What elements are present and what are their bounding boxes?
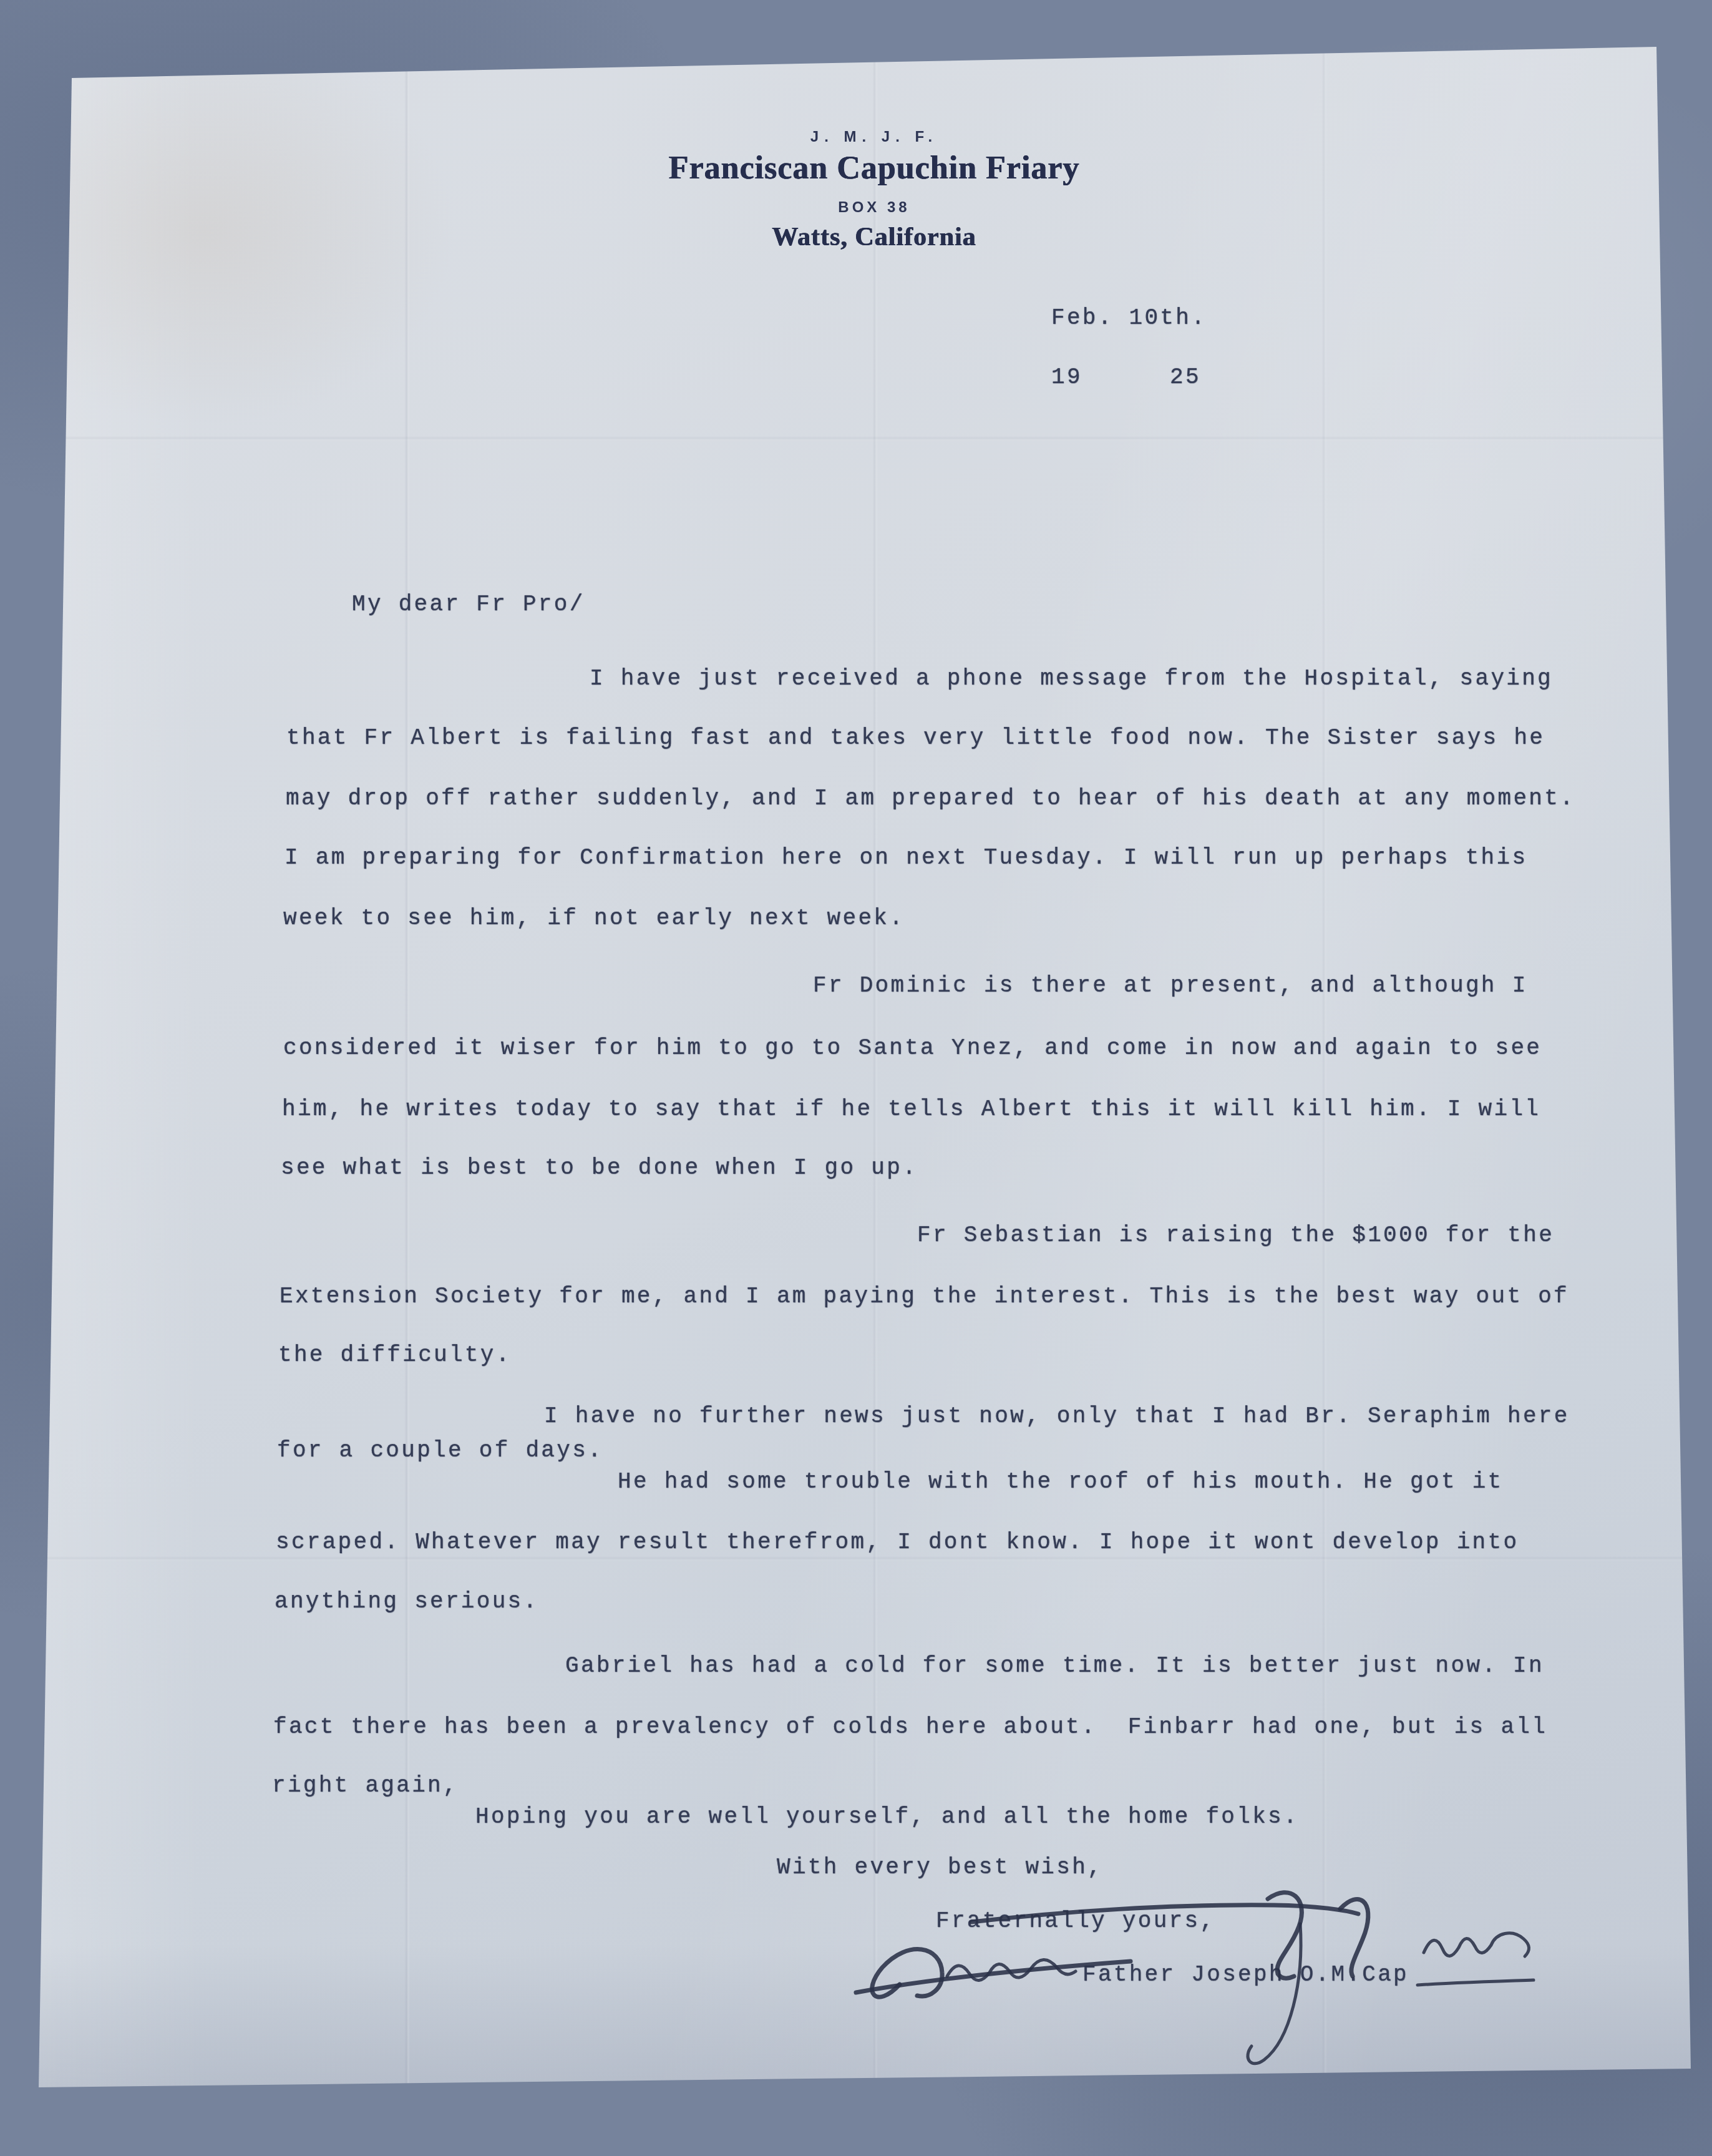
typed-line: see what is best to be done when I go up… bbox=[281, 1154, 918, 1182]
typed-line: anything serious. bbox=[275, 1588, 538, 1616]
typed-line: him, he writes today to say that if he t… bbox=[282, 1096, 1540, 1123]
typed-line: He had some trouble with the roof of his… bbox=[618, 1468, 1504, 1496]
horizontal-fold-crease bbox=[39, 437, 1692, 441]
typed-line: that Fr Albert is failing fast and takes… bbox=[286, 724, 1545, 752]
year-printed: 19 bbox=[1051, 364, 1082, 391]
salutation: My dear Fr Pro/ bbox=[352, 591, 585, 618]
typed-line: week to see him, if not early next week. bbox=[283, 905, 905, 932]
typed-line: Extension Society for me, and I am payin… bbox=[280, 1283, 1569, 1310]
typed-line: Fr Dominic is there at present, and alth… bbox=[813, 972, 1528, 1000]
typed-line: I have no further news just now, only th… bbox=[544, 1403, 1570, 1430]
photo-of-letter: { "colors": { "background": "#76839c", "… bbox=[0, 0, 1712, 2156]
typed-line: the difficulty. bbox=[278, 1342, 512, 1369]
typed-line: I am preparing for Confirmation here on … bbox=[285, 844, 1527, 872]
letterhead-organization: Franciscan Capuchin Friary bbox=[669, 152, 1080, 185]
typed-line: right again, bbox=[272, 1772, 459, 1800]
typed-line: Hoping you are well yourself, and all th… bbox=[475, 1803, 1299, 1831]
vertical-fold-crease bbox=[1323, 47, 1326, 2087]
horizontal-fold-crease bbox=[39, 1557, 1692, 1561]
typed-line: fact there has been a prevalency of cold… bbox=[273, 1714, 1547, 1741]
letterhead-location: Watts, California bbox=[772, 223, 976, 251]
typed-signature-name: Father Joseph O.M.Cap bbox=[1082, 1961, 1409, 1989]
letter-paper: J. M. J. F. Franciscan Capuchin Friary B… bbox=[39, 47, 1692, 2087]
valediction: Fraternally yours, bbox=[936, 1908, 1215, 1935]
typed-line: for a couple of days. bbox=[277, 1437, 603, 1465]
typed-line: I have just received a phone message fro… bbox=[590, 665, 1553, 693]
year-typed: 25 bbox=[1170, 364, 1201, 391]
vertical-fold-crease bbox=[873, 47, 877, 2087]
letterhead-po-box: BOX 38 bbox=[838, 200, 910, 216]
typed-line: Gabriel has had a cold for some time. It… bbox=[565, 1652, 1544, 1680]
typed-line: Fr Sebastian is raising the $1000 for th… bbox=[917, 1222, 1554, 1249]
typed-line: scraped. Whatever may result therefrom, … bbox=[276, 1529, 1519, 1556]
typed-line: considered it wiser for him to go to San… bbox=[283, 1035, 1542, 1062]
closing-wish: With every best wish, bbox=[777, 1854, 1103, 1881]
typed-line: may drop off rather suddenly, and I am p… bbox=[286, 785, 1575, 812]
date-line: Feb. 10th. bbox=[1051, 305, 1207, 332]
letterhead-monogram: J. M. J. F. bbox=[810, 129, 938, 145]
